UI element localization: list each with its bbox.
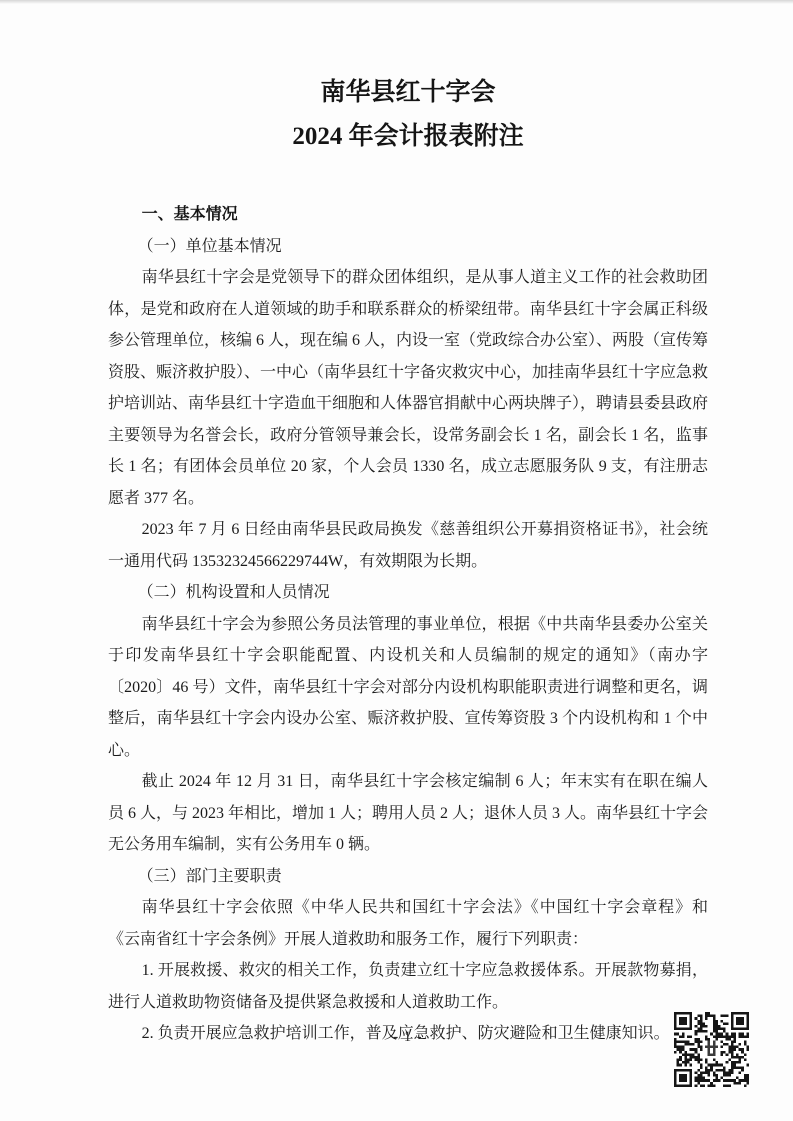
- page-number: - 1 -: [108, 1029, 708, 1046]
- org-name-title: 南华县红十字会: [108, 78, 708, 108]
- sub-heading: （三）部门主要职责: [108, 861, 708, 893]
- paragraph: 南华县红十字会为参照公务员法管理的事业单位，根据《中共南华县委办公室关于印发南华…: [108, 609, 708, 767]
- document-body: 一、基本情况（一）单位基本情况南华县红十字会是党领导下的群众团体组织，是从事人道…: [108, 199, 708, 1050]
- sub-heading: （一）单位基本情况: [108, 231, 708, 263]
- list-item: 1. 开展救援、救灾的相关工作，负责建立红十字应急救援体系。开展款物募捐，进行人…: [108, 955, 708, 1018]
- document-page: 南华县红十字会 2024 年会计报表附注 一、基本情况（一）单位基本情况南华县红…: [0, 0, 793, 1121]
- document-title: 南华县红十字会 2024 年会计报表附注: [108, 78, 708, 152]
- paragraph: 2023 年 7 月 6 日经由南华县民政局换发《慈善组织公开募捐资格证书》，社…: [108, 514, 708, 577]
- sub-heading: （二）机构设置和人员情况: [108, 577, 708, 609]
- paragraph: 南华县红十字会是党领导下的群众团体组织，是从事人道主义工作的社会救助团体，是党和…: [108, 262, 708, 514]
- qr-code-icon: [674, 1012, 749, 1087]
- section-heading: 一、基本情况: [108, 199, 708, 231]
- paragraph: 截止 2024 年 12 月 31 日，南华县红十字会核定编制 6 人；年末实有…: [108, 766, 708, 861]
- report-title: 2024 年会计报表附注: [108, 122, 708, 152]
- paragraph: 南华县红十字会依照《中华人民共和国红十字会法》《中国红十字会章程》和《云南省红十…: [108, 892, 708, 955]
